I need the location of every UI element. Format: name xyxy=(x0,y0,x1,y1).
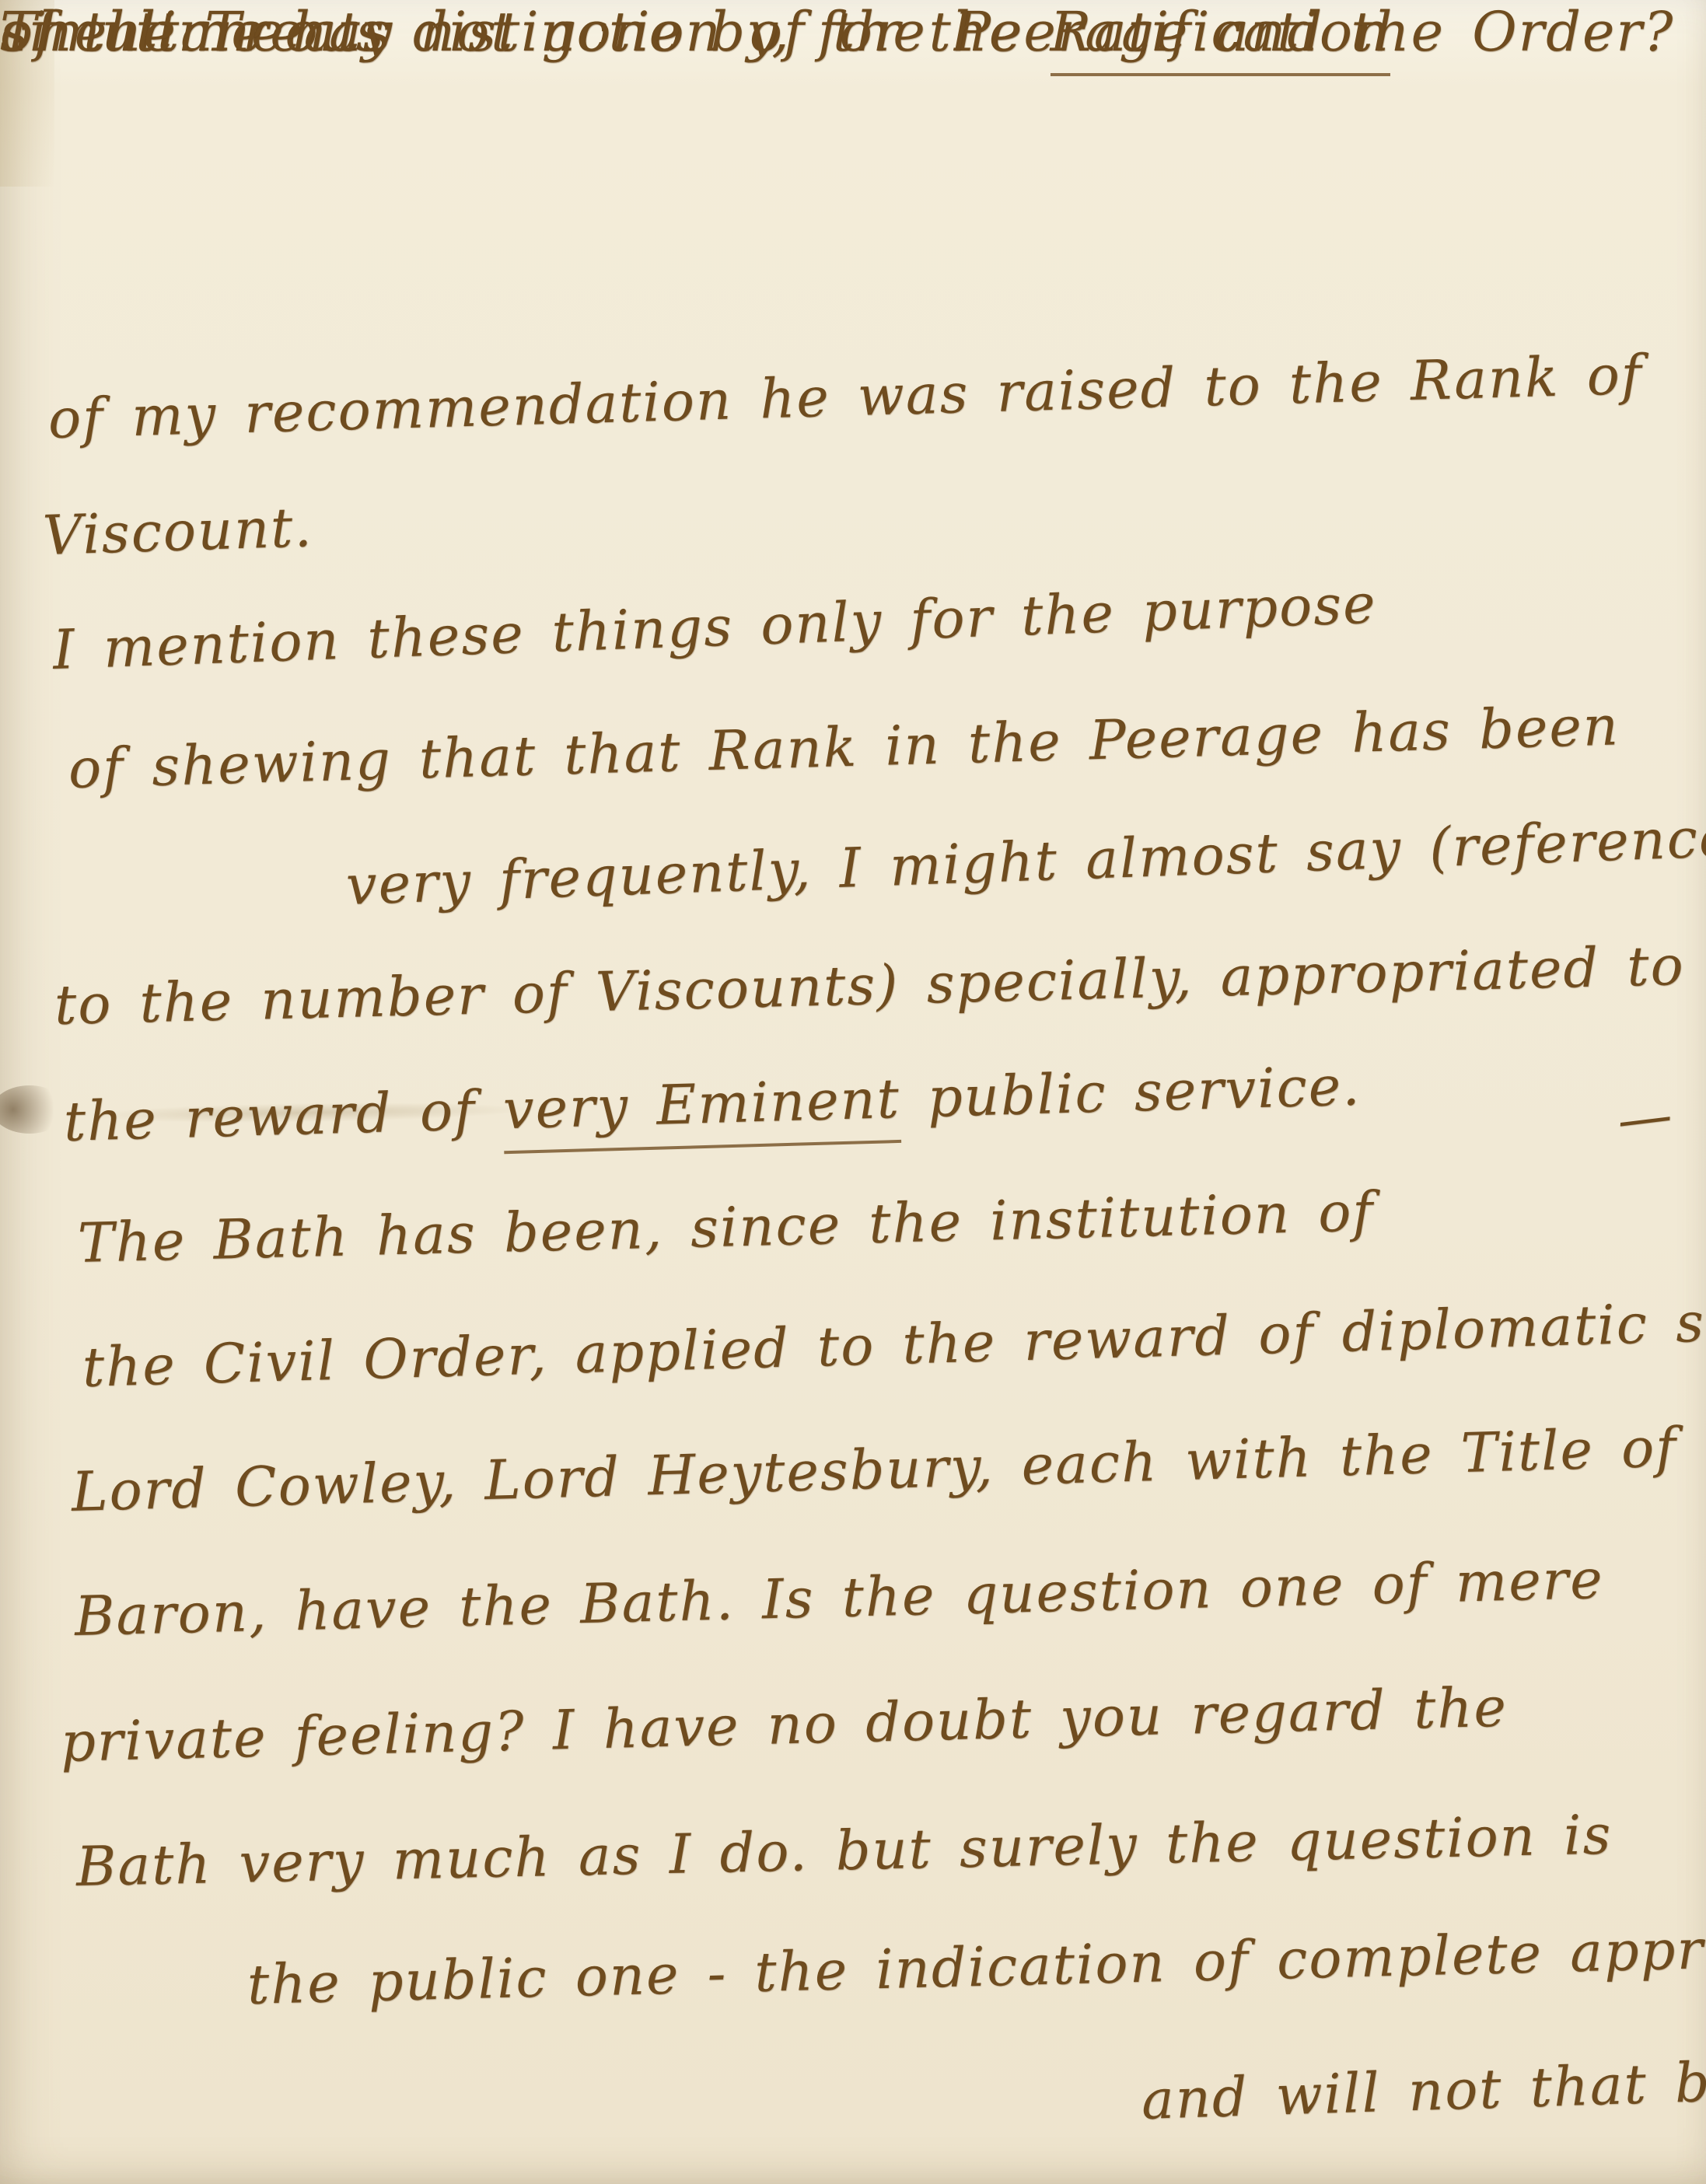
letter-page: of my recommendation he was raised to th… xyxy=(0,0,1706,2184)
line-text: Viscount. xyxy=(42,495,314,568)
line-text: of shewing that that Rank in the Peerage… xyxy=(68,694,1620,801)
line-text: of my recommendation he was raised to th… xyxy=(47,343,1644,451)
manuscript-line: Viscount. xyxy=(42,495,314,568)
line-text: private feeling? I have no doubt you reg… xyxy=(60,1676,1508,1774)
line-text: of the Treaty xyxy=(0,0,393,64)
manuscript-line: the public one - the indication of compl… xyxy=(246,1914,1706,2017)
manuscript-line: the reward of very Eminent public servic… xyxy=(63,1054,1362,1154)
manuscript-line: The Bath has been, since the institution… xyxy=(77,1179,1375,1275)
underlined-text: Ratification xyxy=(1051,0,1391,76)
line-text: and will not that be xyxy=(1141,2049,1706,2132)
line-text: the Civil Order, applied to the reward o… xyxy=(82,1285,1706,1400)
line-text: Baron, have the Bath. Is the question on… xyxy=(74,1547,1604,1648)
line-text: Bath very much as I do. but surely the q… xyxy=(75,1803,1613,1899)
underlined-text: very Eminent xyxy=(502,1067,901,1154)
line-text: the public one - the indication of compl… xyxy=(246,1914,1706,2017)
line-text: The Bath has been, since the institution… xyxy=(77,1179,1375,1275)
manuscript-line: Bath very much as I do. but surely the q… xyxy=(75,1803,1613,1899)
manuscript-line: and will not that be decisively marked b… xyxy=(1141,2018,1706,2132)
manuscript-line: very frequently, I might almost say (ref… xyxy=(345,794,1706,917)
line-text: Lord Cowley, Lord Heytesbury, each with … xyxy=(71,1415,1678,1524)
line-text: I mention these things only for the purp… xyxy=(52,572,1378,682)
line-text: the reward of xyxy=(63,1078,504,1154)
manuscript-line: of the Treaty xyxy=(0,0,393,64)
line-text: to the number of Viscounts) specially, a… xyxy=(54,934,1686,1037)
manuscript-line: Baron, have the Bath. Is the question on… xyxy=(74,1547,1604,1648)
manuscript-line: to the number of Viscounts) specially, a… xyxy=(54,934,1686,1037)
manuscript-line: private feeling? I have no doubt you reg… xyxy=(60,1676,1508,1774)
manuscript-line: I mention these things only for the purp… xyxy=(52,572,1378,682)
manuscript-line: of my recommendation he was raised to th… xyxy=(47,343,1644,451)
line-text: public service. xyxy=(900,1054,1362,1130)
manuscript-line: the Civil Order, applied to the reward o… xyxy=(82,1285,1706,1400)
line-text: very frequently, I might almost say (ref… xyxy=(345,794,1706,917)
manuscript-line: Lord Cowley, Lord Heytesbury, each with … xyxy=(71,1415,1678,1524)
paper-fold-blot xyxy=(0,1085,67,1134)
manuscript-line: of shewing that that Rank in the Peerage… xyxy=(68,694,1620,801)
margin-dash-mark: — xyxy=(1613,1082,1675,1152)
